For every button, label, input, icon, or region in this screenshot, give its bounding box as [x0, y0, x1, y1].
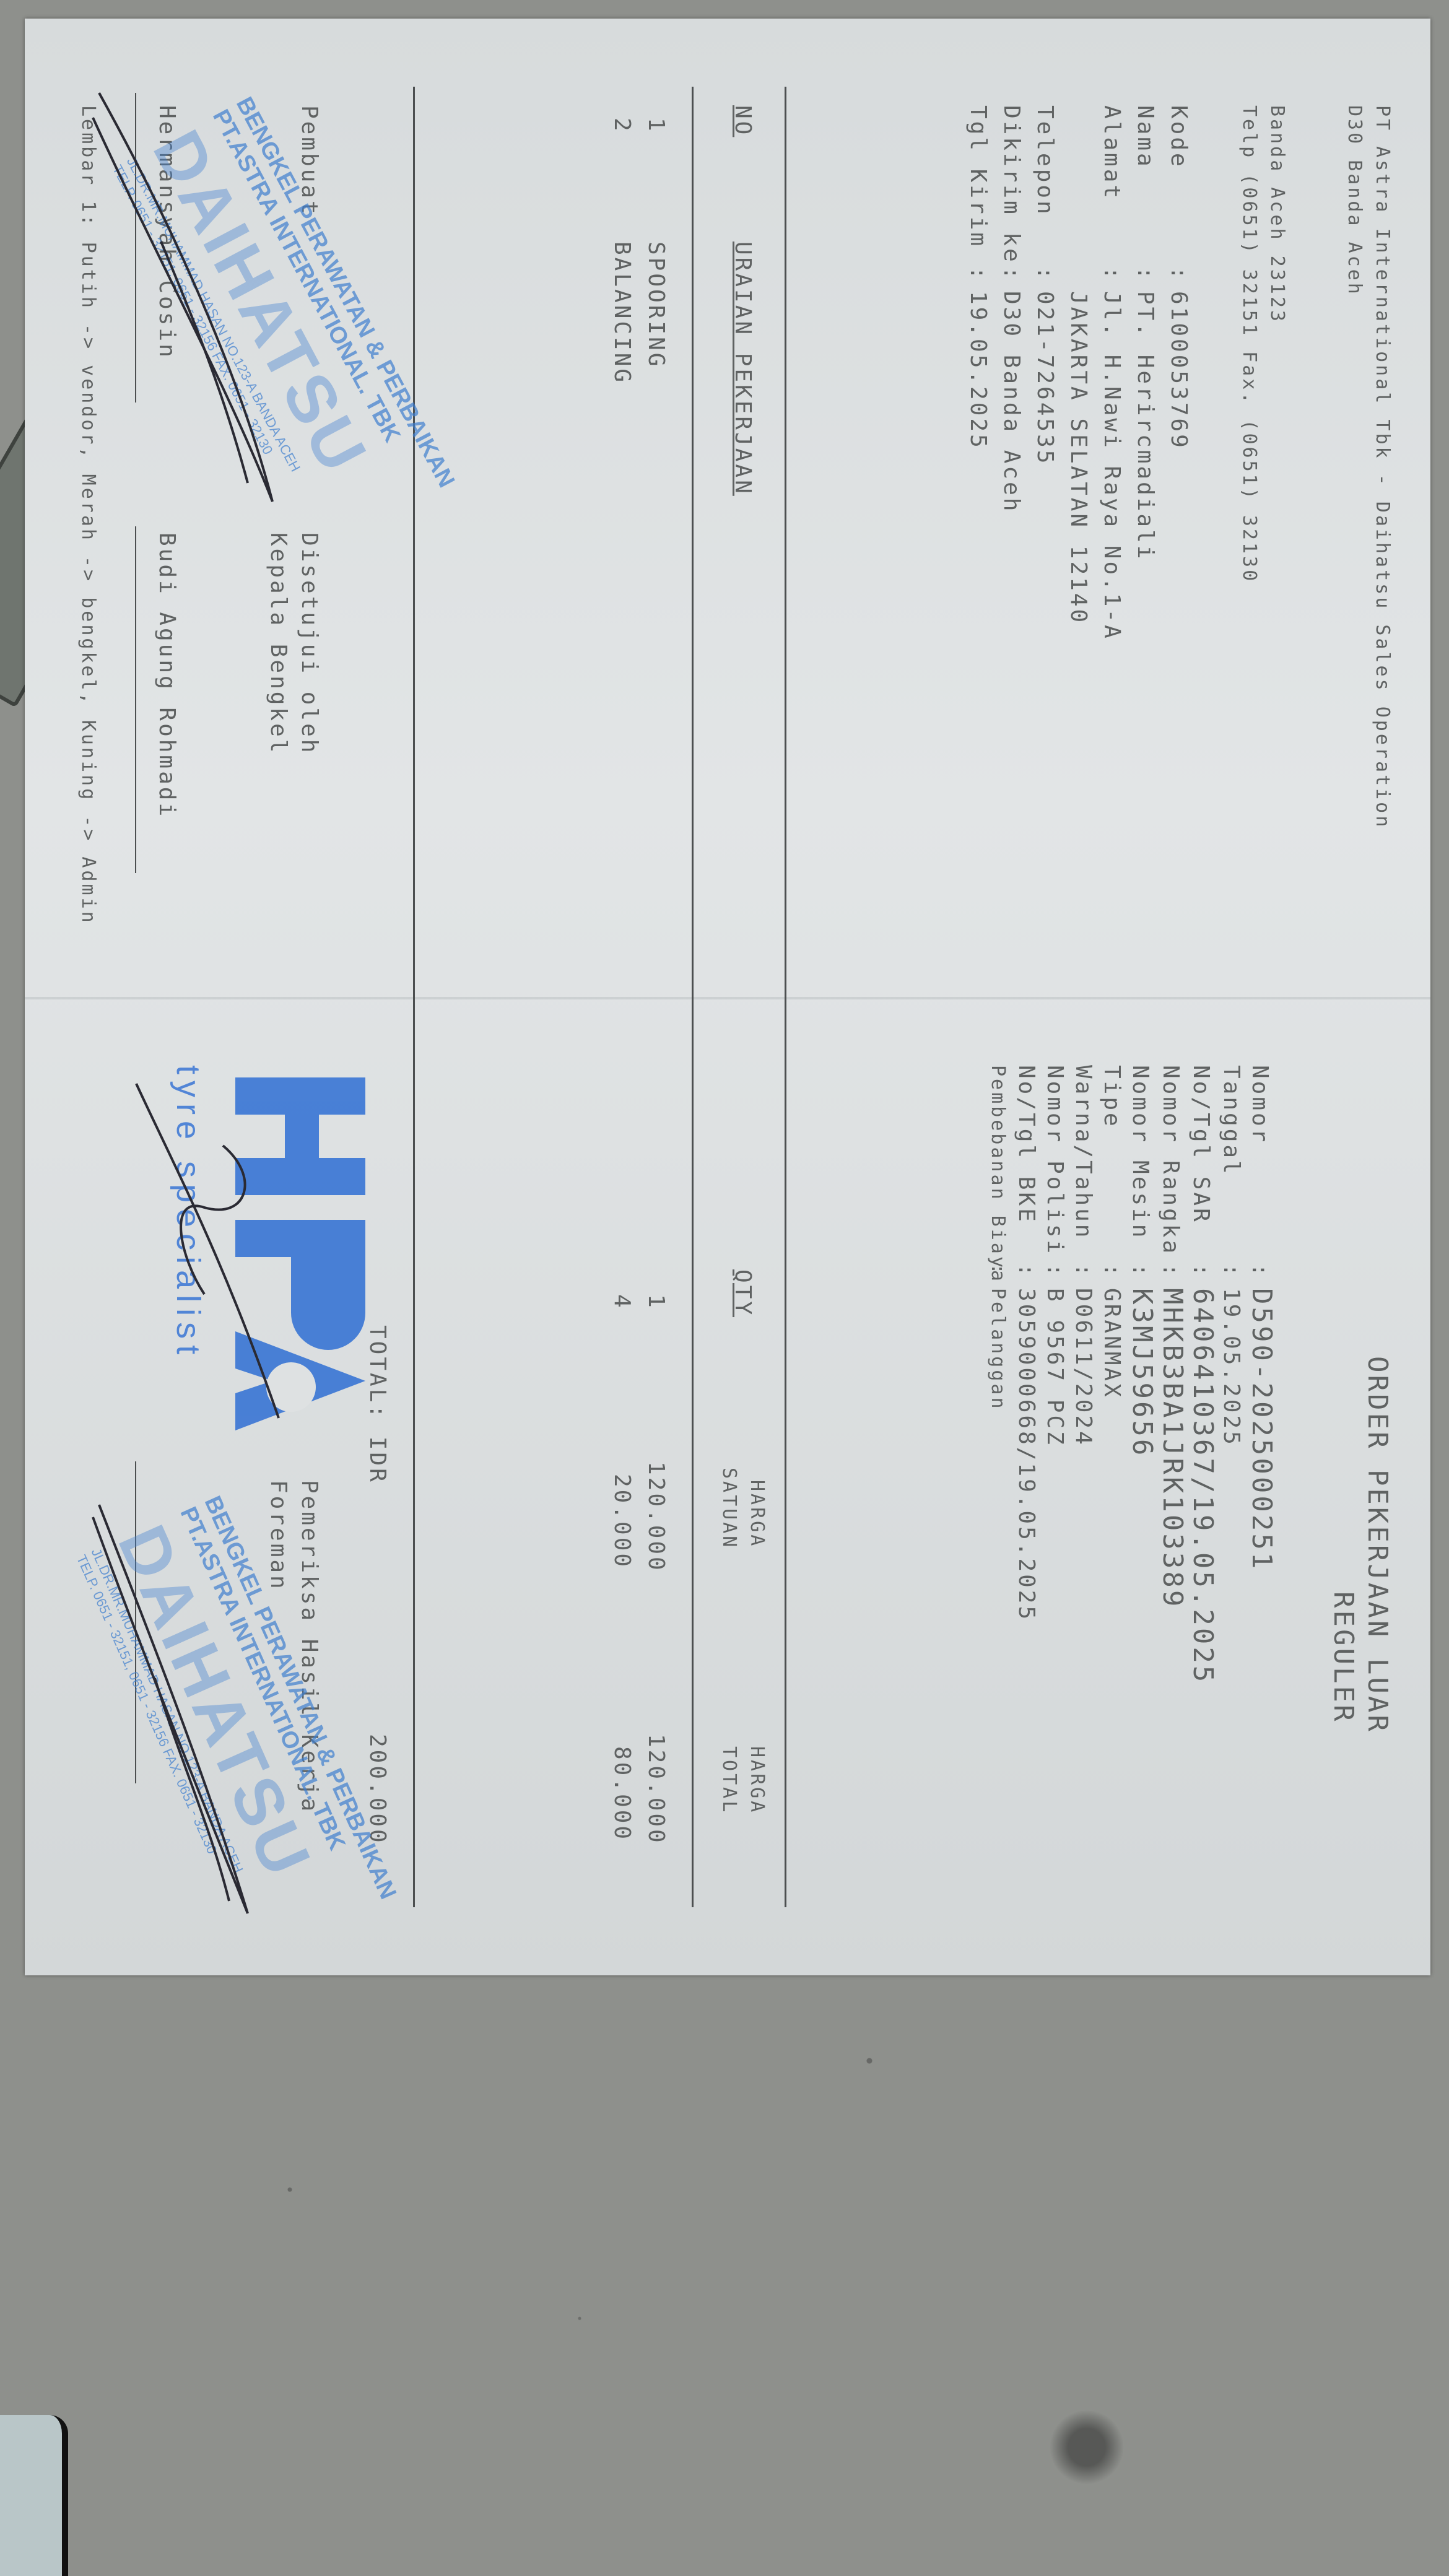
customer-field-telepon: Telepon:021-7264535 [1028, 105, 1061, 641]
order-field-nomor: Nomor:D590-2025000251 [1245, 1065, 1276, 1684]
order-field-rangka: Nomor Rangka:MHKB3BA1JRK103389 [1156, 1065, 1186, 1684]
col-header-qty: QTY [730, 1269, 755, 1317]
col-header-harga-satuan-2: SATUAN [718, 1468, 740, 1549]
order-field-bke: No/Tgl BKE:3059000668/19.05.2025 [1012, 1065, 1040, 1684]
table-header-rule [692, 87, 694, 1907]
col-header-uraian: URAIAN PEKERJAAN [730, 241, 755, 496]
order-block: Nomor:D590-2025000251 Tanggal:19.05.2025… [983, 1065, 1276, 1684]
customer-field-dikirim: Dikirim ke:D30 Banda Aceh [994, 105, 1028, 641]
order-field-mesin: Nomor Mesin:K3MJ59656 [1126, 1065, 1156, 1684]
col-header-no: NO [730, 105, 755, 137]
paper-fold [25, 997, 1430, 999]
order-field-tanggal: Tanggal:19.05.2025 [1217, 1065, 1245, 1684]
company-branch: D30 Banda Aceh [1344, 105, 1365, 297]
customer-field-nama: Nama:PT. Herircmadiali [1128, 105, 1162, 641]
signature-1 [68, 80, 285, 514]
document-subtitle: REGULER [1328, 1591, 1359, 1723]
signature-2 [111, 1071, 297, 1443]
customer-block: Kode:6100053769 Nama:PT. Herircmadiali A… [961, 105, 1195, 641]
phone-corner [0, 2415, 68, 2576]
company-city: Banda Aceh 23123 [1266, 105, 1288, 324]
sig-disetujui-role: Kepala Bengkel [266, 533, 291, 755]
customer-field-tgl-kirim: Tgl Kirim:19.05.2025 [961, 105, 994, 641]
signature-3 [80, 1492, 266, 1926]
table-bottom-rule [413, 87, 415, 1907]
order-field-warna: Warna/Tahun:D0611/2024 [1069, 1065, 1097, 1684]
customer-field-alamat2: JAKARTA SELATAN 12140 [1061, 105, 1095, 641]
work-order-document: PT Astra International Tbk - Daihatsu Sa… [25, 19, 1430, 1975]
document-title: ORDER PEKERJAAN LUAR [1362, 1356, 1393, 1734]
company-phone: Telp (0651) 32151 Fax. (0651) 32130 [1238, 105, 1260, 583]
customer-field-alamat: Alamat:Jl. H.Nawi Raya No.1-A [1095, 105, 1128, 641]
order-field-pembebanan: Pembebanan Biaya:Pelanggan [983, 1065, 1012, 1684]
sig-line-2 [135, 526, 136, 873]
company-name: PT Astra International Tbk - Daihatsu Sa… [1372, 105, 1393, 829]
order-field-tipe: Tipe:GRANMAX [1097, 1065, 1126, 1684]
order-field-polisi: Nomor Polisi:B 9567 PCZ [1040, 1065, 1069, 1684]
order-field-sar: No/Tgl SAR:6406410367/19.05.2025 [1186, 1065, 1217, 1684]
col-header-harga-total-2: TOTAL [718, 1746, 740, 1814]
sig-disetujui-title: Disetujui oleh [297, 533, 322, 755]
sig-pemeriksa-role: Foreman [266, 1480, 291, 1591]
customer-field-kode: Kode:6100053769 [1162, 105, 1195, 641]
sig-disetujui-name: Budi Agung Rohmadi [154, 533, 180, 819]
col-header-harga-satuan-1: HARGA [746, 1480, 768, 1548]
table-top-rule [785, 87, 786, 1907]
col-header-harga-total-1: HARGA [746, 1746, 768, 1814]
